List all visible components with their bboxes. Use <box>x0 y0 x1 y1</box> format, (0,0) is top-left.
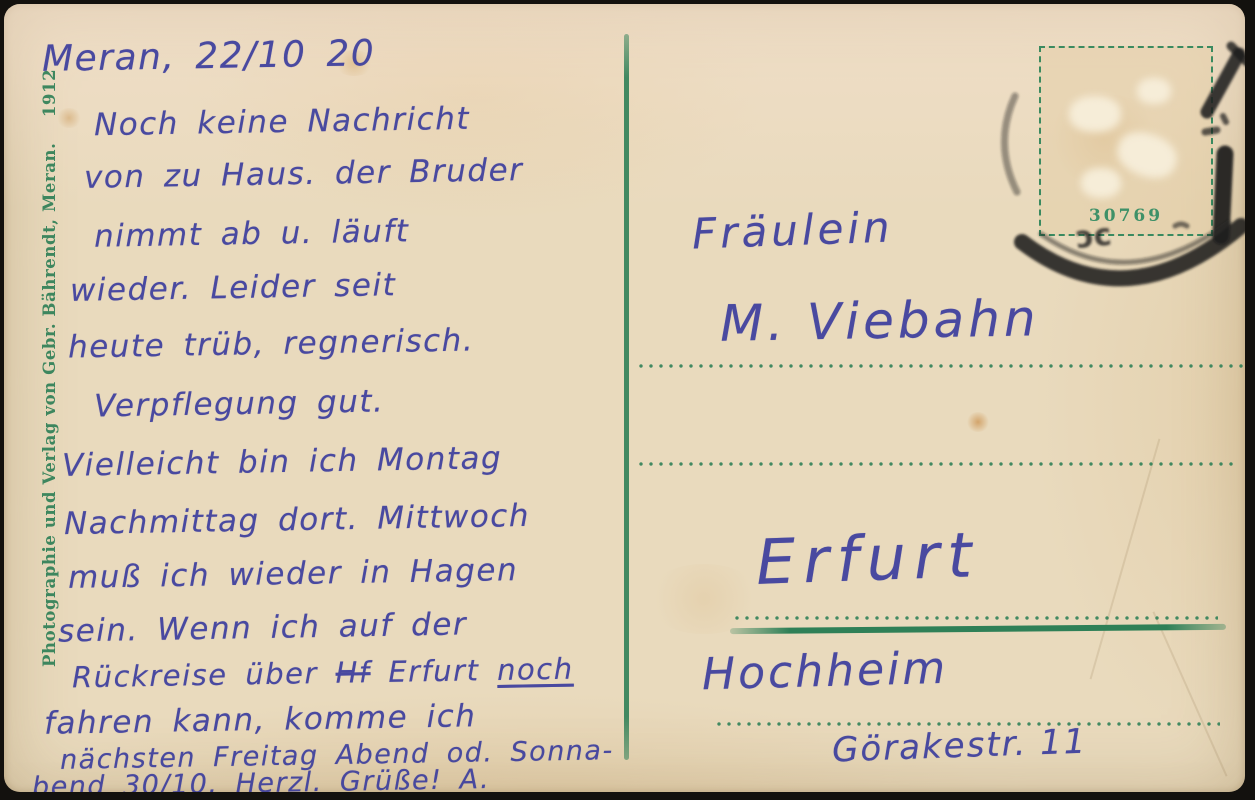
stamp-number: 30769 <box>1041 206 1211 226</box>
scan-background: Photographie und Verlag von Gebr. Bähren… <box>0 0 1255 800</box>
address-dotted-line <box>734 616 1218 620</box>
address-street: Görakestr. 11 <box>831 722 1088 771</box>
message-line: Rückreise über Hf Erfurt noch <box>72 652 574 695</box>
postcard: Photographie und Verlag von Gebr. Bähren… <box>4 4 1245 792</box>
message-line: sein. Wenn ich auf der <box>58 606 468 649</box>
message-line-mid: Erfurt <box>370 653 497 689</box>
stamp-residue <box>1137 78 1171 104</box>
message-line: muß ich wieder in Hagen <box>68 552 519 596</box>
paper-stain <box>966 412 990 432</box>
message-line: wieder. Leider seit <box>70 267 397 309</box>
stamp-residue <box>1112 125 1183 185</box>
address-dotted-line <box>638 364 1245 368</box>
message-line: Verpflegung gut. <box>94 383 385 424</box>
publisher-imprint: Photographie und Verlag von Gebr. Bähren… <box>40 101 59 667</box>
address-underline <box>730 624 1226 634</box>
message-line-pre: Rückreise über <box>72 656 336 695</box>
paper-stain <box>56 108 82 128</box>
stamp-residue <box>1081 168 1121 198</box>
divider-line <box>624 34 629 760</box>
paper-stain <box>644 564 764 634</box>
address-city: Erfurt <box>755 518 981 599</box>
underlined-word: noch <box>497 652 574 687</box>
stamp-box: 30769 <box>1039 46 1213 236</box>
message-line: Vielleicht bin ich Montag <box>62 440 503 484</box>
message-line-date: Meran, 22/10 20 <box>42 33 376 80</box>
message-line: nimmt ab u. läuft <box>94 213 410 254</box>
message-line: von zu Haus. der Bruder <box>84 152 524 196</box>
struck-word: Hf <box>335 655 371 690</box>
message-line: Noch keine Nachricht <box>94 101 471 144</box>
message-line: heute trüb, regnerisch. <box>68 322 475 365</box>
address-district: Hochheim <box>701 643 948 700</box>
address-salutation: Fräulein <box>691 202 894 258</box>
paper-crease <box>1090 439 1161 680</box>
message-line: fahren kann, komme ich <box>44 698 477 742</box>
address-name: M. Viebahn <box>720 289 1041 353</box>
address-dotted-line <box>638 462 1234 466</box>
stamp-residue <box>1069 96 1121 132</box>
paper-crease <box>1152 611 1227 776</box>
message-line: Nachmittag dort. Mittwoch <box>64 498 531 542</box>
